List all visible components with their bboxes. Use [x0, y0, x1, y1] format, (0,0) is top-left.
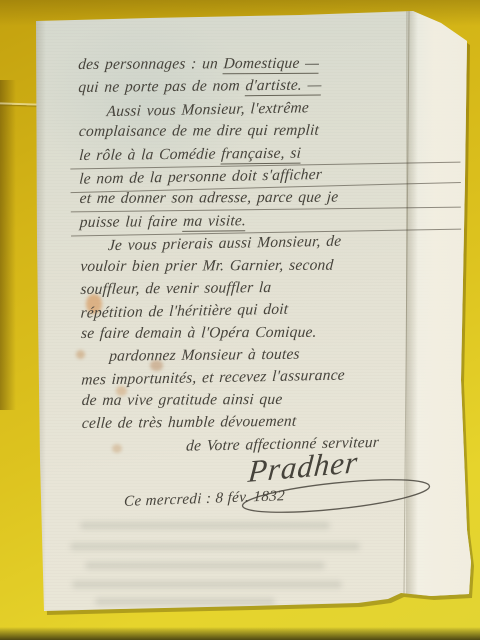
background-left-shadow [0, 80, 16, 410]
ghost-writing [72, 581, 342, 588]
underlined-word: Domestique — [223, 55, 320, 75]
letter-body: des personnages : un Domestique —qui ne … [78, 53, 462, 460]
letter-paper: des personnages : un Domestique —qui ne … [0, 0, 480, 640]
ghost-writing [95, 598, 275, 605]
background-bottom-shadow [0, 627, 480, 640]
underlined-word: d'artiste. — [245, 77, 322, 97]
ghost-writing [80, 522, 330, 529]
letter-line: complaisance de me dire qui remplit [78, 121, 459, 145]
letter-line: et me donner son adresse, parce que je [79, 188, 460, 212]
ghost-writing [70, 543, 360, 550]
underlined-word: ma visite. [183, 212, 247, 232]
underlined-word: française, si [221, 144, 302, 164]
ghost-writing [85, 562, 325, 569]
letter-line: vouloir bien prier Mr. Garnier, second [79, 256, 460, 280]
paper-left-edge-shadow [36, 20, 46, 610]
photographed-letter: des personnages : un Domestique —qui ne … [0, 0, 480, 640]
letter-lines: des personnages : un Domestique —qui ne … [78, 53, 462, 460]
letter-line: se faire demain à l'Opéra Comique. [80, 323, 461, 347]
letter-line: de ma vive gratitude ainsi que [81, 390, 462, 414]
